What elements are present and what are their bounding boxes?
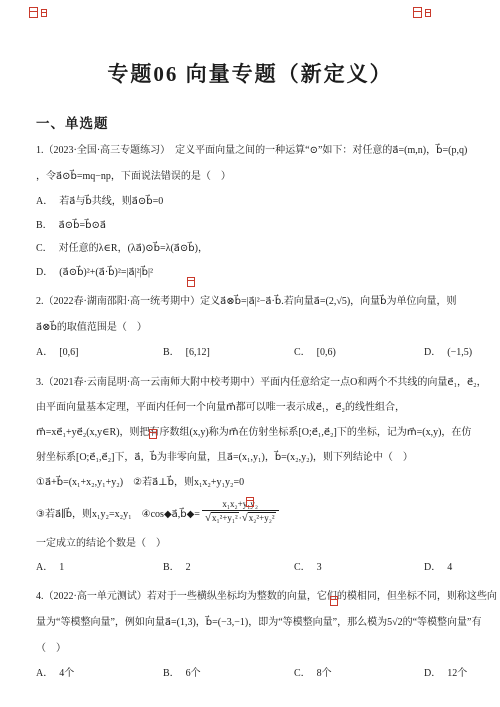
question-4-option-c: C．8个 [294,662,424,686]
red-placeholder-icon [330,596,338,606]
question-1-option-d: D．(a⃗⊙b⃗)²+(a⃗·b⃗)²=|a⃗|²|b⃗|² [36,261,486,285]
question-1-text-line-1: 1.（2023·全国·高三专题练习） 定义平面向量之间的一种运算“⊙”如下：对任… [36,138,486,164]
option-text: (a⃗⊙b⃗)²+(a⃗·b⃗)²=|a⃗|²|b⃗|² [59,267,153,278]
red-placeholder-icon [425,9,431,17]
question-3-option-a: A．1 [36,556,163,580]
question-4-text-line-1: 4.（2022·高一单元测试）若对于一些横纵坐标均为整数的向量，它们的模相同，但… [36,584,486,610]
option-label: D． [424,347,441,358]
question-1-option-b: B．a⃗⊙b⃗=b⃗⊙a⃗ [36,214,486,238]
option-text: [0,6] [59,347,78,358]
option-label: B． [163,562,180,573]
document-page: 专题06 向量专题（新定义） 一、单选题 1.（2023·全国·高三专题练习） … [0,0,500,707]
question-3-text-line-2: 由平面向量基本定理，平面内任何一个向量m⃗都可以唯一表示成e⃗₁，e⃗₂的线性组… [36,395,486,420]
question-3-options-row: A．1 B．2 C．3 D．4 [36,556,486,580]
question-3-conclusion-line: 一定成立的结论个数是（ ） [36,531,486,556]
question-1-option-c: C．对任意的λ∈R，(λa⃗)⊙b⃗=λ(a⃗⊙b⃗)， [36,237,486,261]
fraction-numerator: x₁x₂+y₁y₂ [202,499,279,510]
option-text: [0,6) [317,347,336,358]
option-text: 2 [186,562,191,573]
question-2: 2.（2022春·湖南邵阳·高一统考期中）定义a⃗⊗b⃗=|a⃗|²−a⃗·b⃗… [36,289,486,365]
red-placeholder-icon [29,7,38,18]
question-3-text-line-4: 射坐标系[O;e⃗₁,e⃗₂]下，a⃗，b⃗为非零向量，且a⃗=(x₁,y₁)，… [36,445,486,470]
option-text: 1 [59,562,64,573]
option-text: 8个 [317,668,332,679]
fraction-denominator: √x₁²+y₁²·√x₂²+y₂² [202,510,279,526]
cosine-fraction: x₁x₂+y₁y₂ √x₁²+y₁²·√x₂²+y₂² [202,499,279,526]
question-2-option-b: B．[6,12] [163,341,294,365]
sqrt-radical-right: √x₂²+y₂² [242,512,276,526]
question-3-text-line-1: 3.（2021春·云南昆明·高一云南师大附中校考期中）平面内任意给定一点O和两个… [36,370,486,395]
question-2-option-c: C．[0,6) [294,341,424,365]
question-3-option-b: B．2 [163,556,294,580]
question-4-option-d: D．12个 [424,662,486,686]
question-4-text-line-2: 量为“等模整向量”，例如向量a⃗=(1,3)，b⃗=(−3,−1)，即为“等模整… [36,610,486,636]
option-label: A． [36,562,53,573]
sqrt-radical-left: √x₁²+y₁² [205,512,239,526]
question-3-propositions-3-4: ③若a⃗∥b⃗，则x₁y₂=x₂y₁ ④cos◆a⃗,b⃗◆= x₁x₂+y₁y… [36,495,486,531]
option-label: C． [294,347,311,358]
option-text: 12个 [447,668,467,679]
red-placeholder-icon [187,277,195,287]
red-placeholder-icon [246,497,254,507]
option-text: 3 [317,562,322,573]
option-label: B． [163,347,180,358]
option-label: C． [294,562,311,573]
option-text: a⃗⊙b⃗=b⃗⊙a⃗ [59,220,106,231]
question-4: 4.（2022·高一单元测试）若对于一些横纵坐标均为整数的向量，它们的模相同，但… [36,584,486,686]
option-label: B． [163,668,180,679]
question-3-option-c: C．3 [294,556,424,580]
option-text: 6个 [186,668,201,679]
question-1: 1.（2023·全国·高三专题练习） 定义平面向量之间的一种运算“⊙”如下：对任… [36,138,486,284]
question-4-option-b: B．6个 [163,662,294,686]
question-3-text-line-3: m⃗=xe⃗₁+ye⃗₂(x,y∈R)，则把有序数组(x,y)称为m⃗在仿射坐标… [36,420,486,445]
proposition-4-prefix: ③若a⃗∥b⃗，则x₁y₂=x₂y₁ ④cos◆a⃗,b⃗◆= [36,505,200,520]
question-2-text-line-1: 2.（2022春·湖南邵阳·高一统考期中）定义a⃗⊗b⃗=|a⃗|²−a⃗·b⃗… [36,289,486,315]
option-label: D． [36,267,53,278]
option-label: D． [424,668,441,679]
question-4-text-line-3: （ ） [36,636,486,662]
question-3: 3.（2021春·云南昆明·高一云南师大附中校考期中）平面内任意给定一点O和两个… [36,370,486,580]
question-1-text-line-2: ，令a⃗⊙b⃗=mq−np，下面说法错误的是（ ） [36,164,486,190]
question-1-option-a: A．若a⃗与b⃗共线，则a⃗⊙b⃗=0 [36,190,486,214]
section-heading: 一、单选题 [36,112,500,132]
option-text: 4个 [59,668,74,679]
option-text: 对任意的λ∈R，(λa⃗)⊙b⃗=λ(a⃗⊙b⃗)， [59,243,208,254]
option-label: D． [424,562,441,573]
option-label: A． [36,347,53,358]
option-label: B． [36,220,53,231]
question-2-option-a: A．[0,6] [36,341,163,365]
option-text: [6,12] [186,347,210,358]
option-label: A． [36,196,53,207]
question-4-options-row: A．4个 B．6个 C．8个 D．12个 [36,662,486,686]
red-placeholder-icon [413,7,422,18]
question-2-option-d: D．(−1,5) [424,341,486,365]
question-2-options-row: A．[0,6] B．[6,12] C．[0,6) D．(−1,5) [36,341,486,365]
option-text: (−1,5) [447,347,472,358]
page-title: 专题06 向量专题（新定义） [0,58,500,88]
question-3-propositions-1-2: ①a⃗+b⃗=(x₁+x₂,y₁+y₂) ②若a⃗⊥b⃗，则x₁x₂+y₁y₂=… [36,470,486,495]
option-label: C． [294,668,311,679]
option-text: 4 [447,562,452,573]
radical-sign: √ [242,512,248,524]
question-2-text-line-2: a⃗⊗b⃗的取值范围是（ ） [36,315,486,341]
option-text: 若a⃗与b⃗共线，则a⃗⊙b⃗=0 [59,196,163,207]
red-placeholder-icon [149,429,157,439]
question-4-option-a: A．4个 [36,662,163,686]
red-placeholder-icon [41,9,47,17]
option-label: C． [36,243,53,254]
question-3-option-d: D．4 [424,556,486,580]
option-label: A． [36,668,53,679]
